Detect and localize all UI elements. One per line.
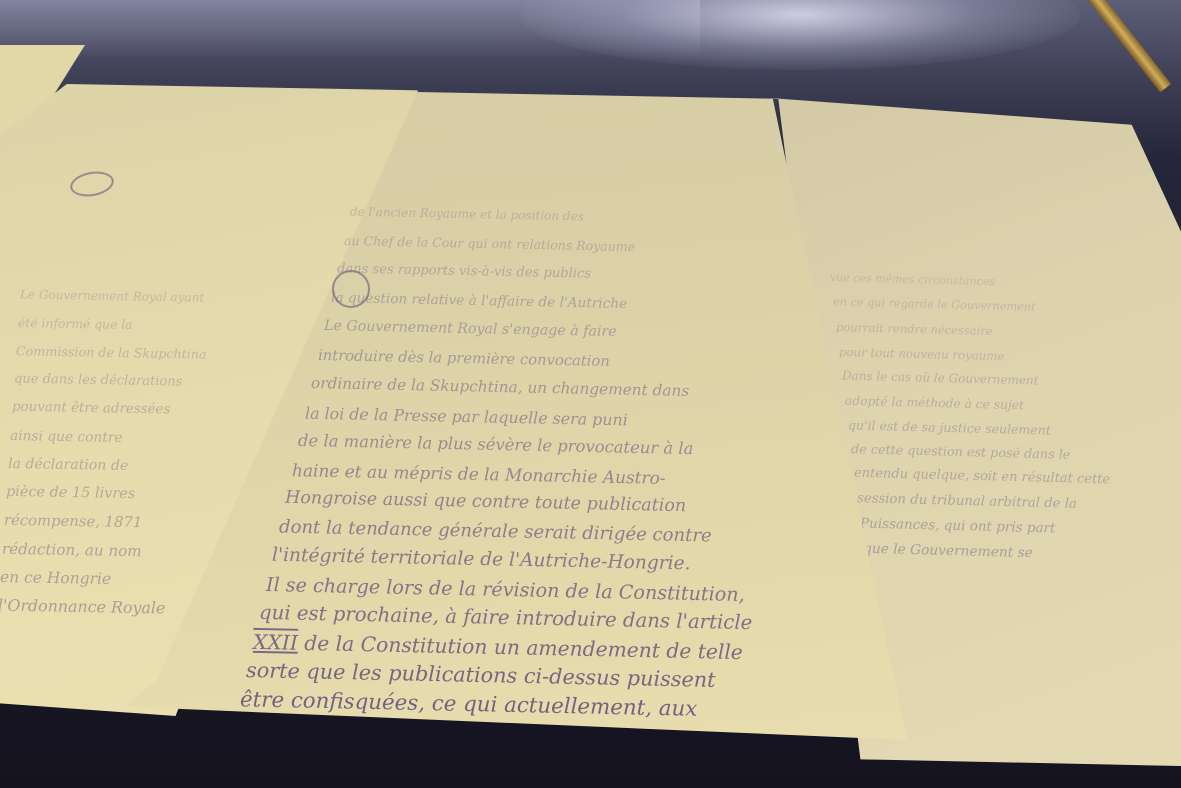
handwritten-line: la déclaration de: [8, 456, 129, 474]
handwritten-line: ainsi que contre: [10, 428, 123, 446]
document-center: de l'ancien Royaume et la position desau…: [125, 92, 915, 760]
handwritten-line: récompense, 1871: [4, 512, 143, 531]
handwritten-line: rédaction, au nom: [2, 540, 142, 560]
article-marker: XXII: [252, 629, 297, 654]
display-case-frame: [1080, 0, 1171, 92]
handwritten-line: en ce Hongrie: [0, 568, 111, 588]
handwritten-line: été informé que la: [18, 316, 133, 332]
handwritten-line: pièce de 15 livres: [6, 484, 135, 502]
